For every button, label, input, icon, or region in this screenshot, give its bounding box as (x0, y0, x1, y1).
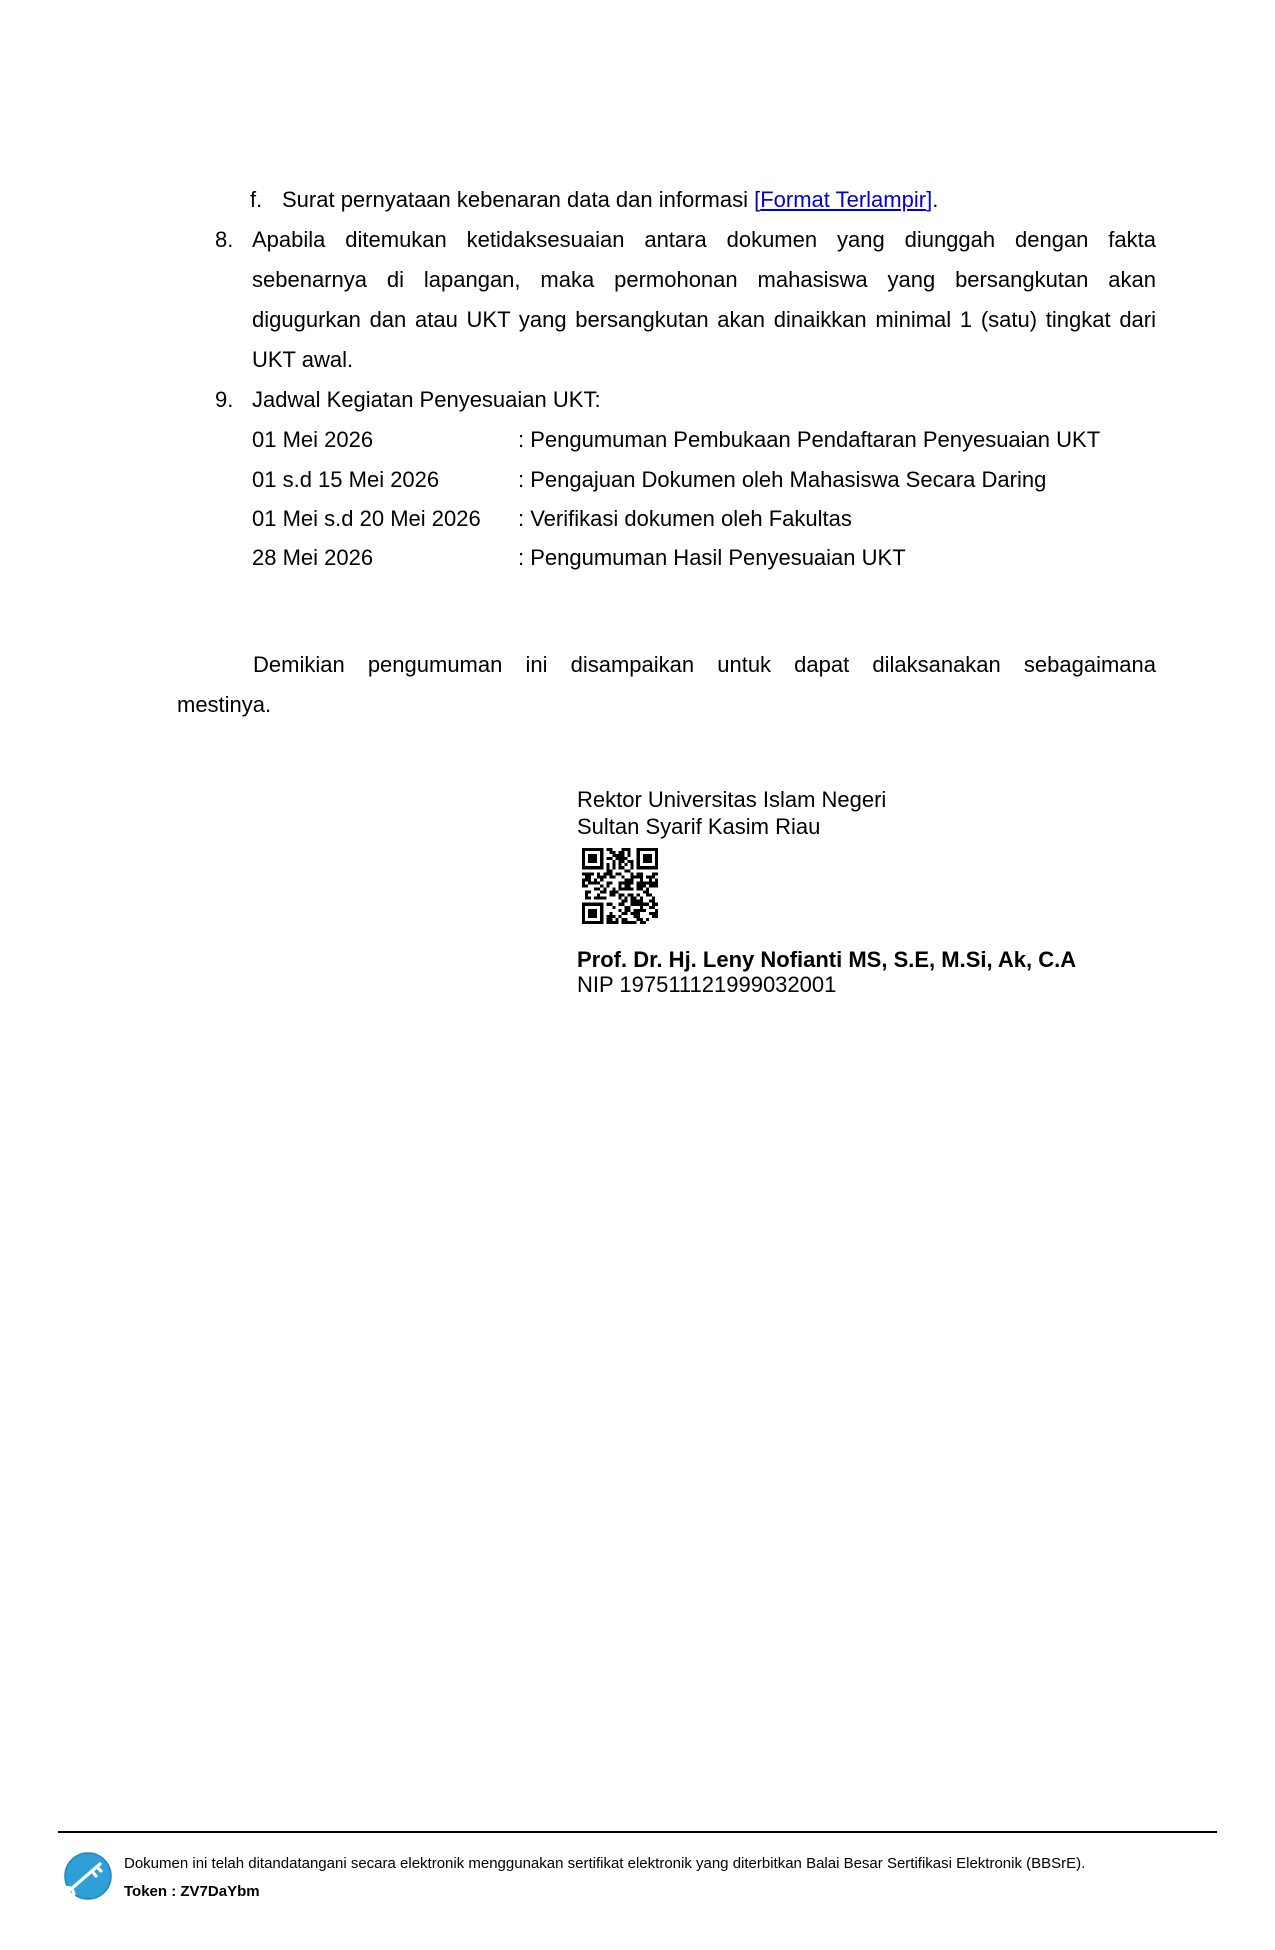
format-attachment-link[interactable]: [Format Terlampir] (754, 187, 932, 212)
list-marker-8: 8. (215, 220, 233, 260)
schedule-date: 01 Mei 2026 (252, 420, 518, 460)
signatory-title-line1: Rektor Universitas Islam Negeri (577, 786, 886, 813)
schedule-activity: : Verifikasi dokumen oleh Fakultas (518, 506, 852, 531)
list-item-f-text: Surat pernyataan kebenaran data dan info… (282, 180, 938, 220)
schedule-date: 01 s.d 15 Mei 2026 (252, 460, 518, 500)
schedule-row: 01 Mei s.d 20 Mei 2026: Verifikasi dokum… (252, 499, 852, 539)
schedule-date: 28 Mei 2026 (252, 538, 518, 578)
schedule-activity: : Pengumuman Hasil Penyesuaian UKT (518, 545, 906, 570)
list-item-f: f. (250, 180, 262, 220)
item-8-line: UKT awal. (252, 340, 1156, 380)
qr-code-icon (582, 848, 658, 924)
signatory-name: Prof. Dr. Hj. Leny Nofianti MS, S.E, M.S… (577, 946, 1076, 973)
schedule-title: Jadwal Kegiatan Penyesuaian UKT: (252, 380, 601, 420)
item-text: Surat pernyataan kebenaran data dan info… (282, 187, 754, 212)
item-8-line: Apabila ditemukan ketidaksesuaian antara… (252, 220, 1156, 260)
closing-paragraph-line: Demikian pengumuman ini disampaikan untu… (253, 645, 1156, 685)
schedule-row: 28 Mei 2026: Pengumuman Hasil Penyesuaia… (252, 538, 906, 578)
signatory-nip: NIP 197511121999032001 (577, 971, 836, 998)
e-signature-notice: Dokumen ini telah ditandatangani secara … (124, 1855, 1085, 1872)
schedule-activity: : Pengumuman Pembukaan Pendaftaran Penye… (518, 427, 1100, 452)
schedule-activity: : Pengajuan Dokumen oleh Mahasiswa Secar… (518, 467, 1046, 492)
signature-token: Token : ZV7DaYbm (124, 1883, 260, 1900)
schedule-row: 01 Mei 2026: Pengumuman Pembukaan Pendaf… (252, 420, 1100, 460)
list-marker: f. (250, 187, 262, 212)
list-marker-9: 9. (215, 380, 233, 420)
schedule-date: 01 Mei s.d 20 Mei 2026 (252, 499, 518, 539)
signatory-title-line2: Sultan Syarif Kasim Riau (577, 813, 820, 840)
bsre-key-logo-icon (62, 1850, 114, 1902)
item-8-line: digugurkan dan atau UKT yang bersangkuta… (252, 300, 1156, 340)
closing-paragraph-line: mestinya. (177, 685, 271, 725)
schedule-row: 01 s.d 15 Mei 2026: Pengajuan Dokumen ol… (252, 460, 1046, 500)
footer-divider (58, 1831, 1217, 1833)
item-8-line: sebenarnya di lapangan, maka permohonan … (252, 260, 1156, 300)
